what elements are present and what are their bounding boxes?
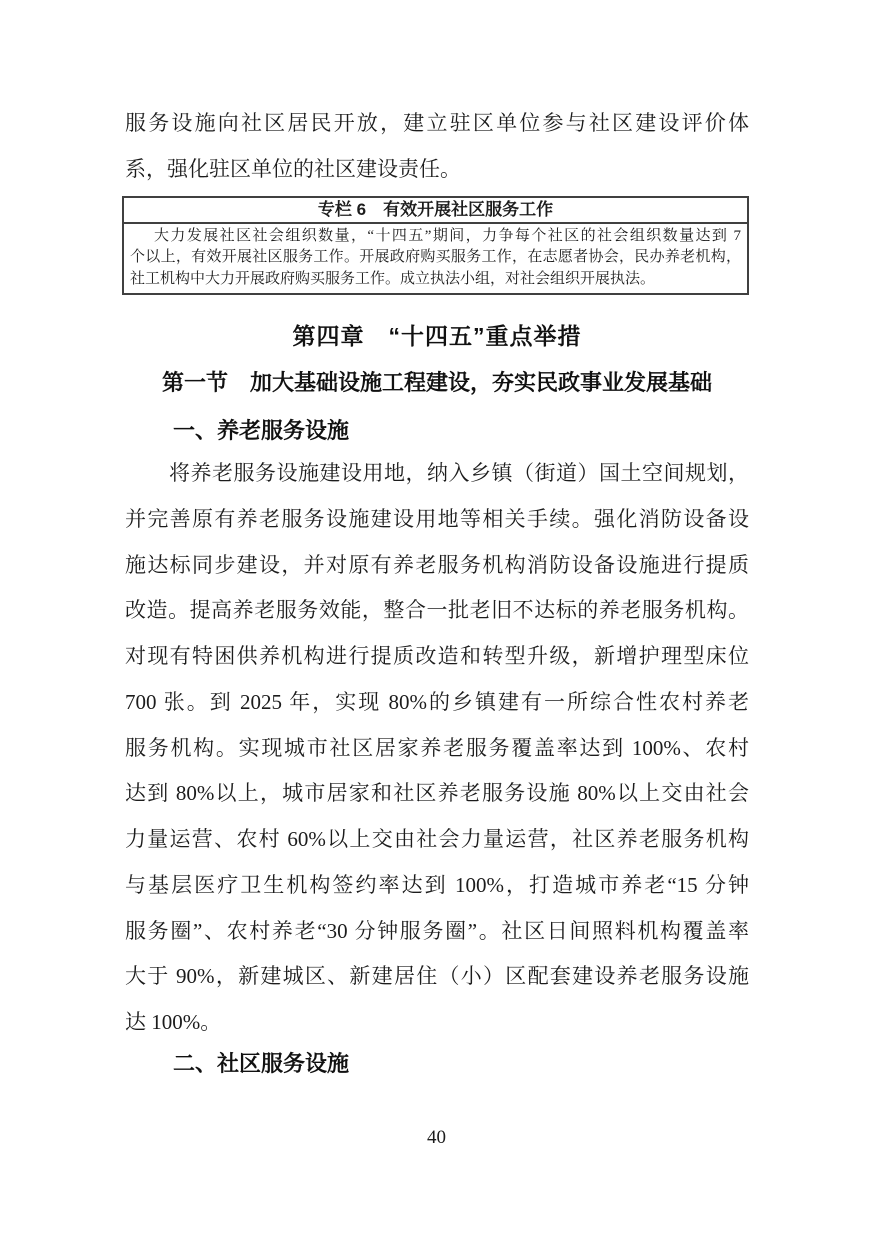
paragraph-line: 系，强化驻区单位的社区建设责任。 xyxy=(125,147,749,193)
callout-box-line: 社工机构中大力开展政府购买服务工作。成立执法小组，对社会组织开展执法。 xyxy=(130,269,741,290)
paragraph-line: 达 100%。 xyxy=(125,1000,749,1046)
chapter-heading: 第四章 “十四五”重点举措 xyxy=(125,318,749,354)
paragraph-line: 改造。提高养老服务效能，整合一批老旧不达标的养老服务机构。 xyxy=(125,588,749,634)
paragraph-line: 700 张。到 2025 年，实现 80%的乡镇建有一所综合性农村养老 xyxy=(125,680,749,726)
body-paragraph: 将养老服务设施建设用地，纳入乡镇（街道）国土空间规划， 并完善原有养老服务设施建… xyxy=(125,451,749,1046)
page-number: 40 xyxy=(0,1126,873,1150)
paragraph-line: 将养老服务设施建设用地，纳入乡镇（街道）国土空间规划， xyxy=(125,451,749,497)
paragraph-line: 达到 80%以上，城市居家和社区养老服务设施 80%以上交由社会 xyxy=(125,771,749,817)
callout-box-line: 大力发展社区社会组织数量，“十四五”期间，力争每个社区的社会组织数量达到 7 xyxy=(130,226,741,247)
subsection-heading-elder-care-facilities: 一、养老服务设施 xyxy=(125,413,749,449)
document-page: 服务设施向社区居民开放，建立驻区单位参与社区建设评价体 系，强化驻区单位的社区建… xyxy=(0,0,873,1234)
paragraph-line: 对现有特困供养机构进行提质改造和转型升级，新增护理型床位 xyxy=(125,634,749,680)
subsection-heading-community-service-facilities: 二、社区服务设施 xyxy=(125,1046,749,1082)
paragraph-line: 大于 90%，新建城区、新建居住（小）区配套建设养老服务设施 xyxy=(125,954,749,1000)
callout-box-title: 专栏 6 有效开展社区服务工作 xyxy=(124,198,747,224)
paragraph-line: 施达标同步建设，并对原有养老服务机构消防设备设施进行提质 xyxy=(125,543,749,589)
paragraph-line: 力量运营、农村 60%以上交由社会力量运营，社区养老服务机构 xyxy=(125,817,749,863)
paragraph-line: 服务设施向社区居民开放，建立驻区单位参与社区建设评价体 xyxy=(125,101,749,147)
section-heading: 第一节 加大基础设施工程建设，夯实民政事业发展基础 xyxy=(125,365,749,401)
paragraph-line: 服务机构。实现城市社区居家养老服务覆盖率达到 100%、农村 xyxy=(125,726,749,772)
callout-box: 专栏 6 有效开展社区服务工作 大力发展社区社会组织数量，“十四五”期间，力争每… xyxy=(122,196,749,295)
callout-box-body: 大力发展社区社会组织数量，“十四五”期间，力争每个社区的社会组织数量达到 7 个… xyxy=(124,224,747,293)
intro-paragraph: 服务设施向社区居民开放，建立驻区单位参与社区建设评价体 系，强化驻区单位的社区建… xyxy=(125,101,749,193)
paragraph-line: 与基层医疗卫生机构签约率达到 100%，打造城市养老“15 分钟 xyxy=(125,863,749,909)
paragraph-line: 服务圈”、农村养老“30 分钟服务圈”。社区日间照料机构覆盖率 xyxy=(125,909,749,955)
paragraph-line: 并完善原有养老服务设施建设用地等相关手续。强化消防设备设 xyxy=(125,497,749,543)
callout-box-line: 个以上，有效开展社区服务工作。开展政府购买服务工作，在志愿者协会，民办养老机构， xyxy=(130,247,741,268)
